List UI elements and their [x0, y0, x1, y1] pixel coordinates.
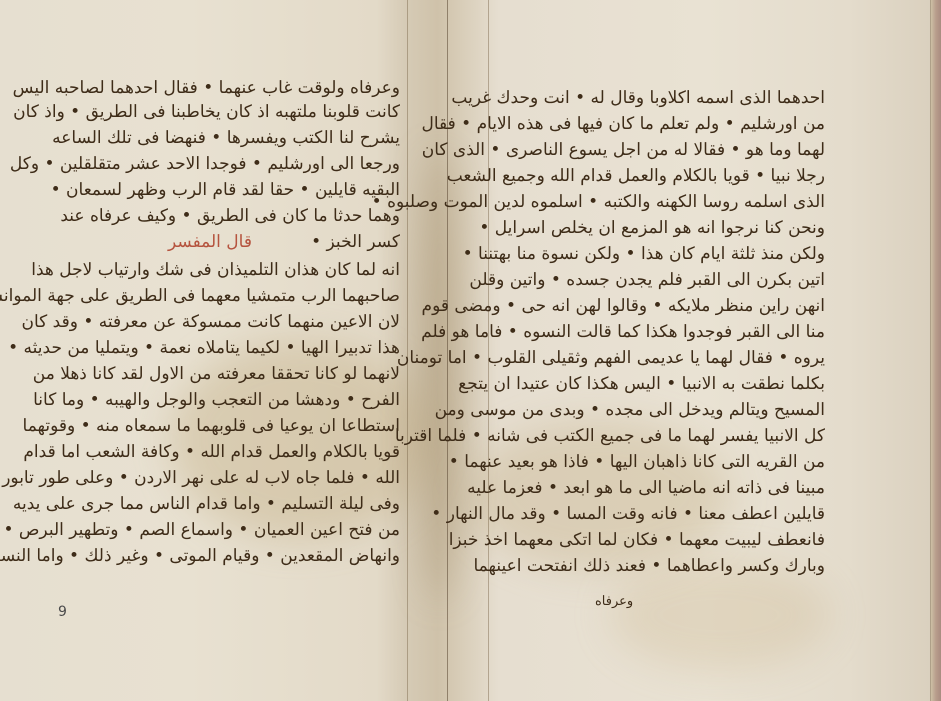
text-line: وانهاض المقعدين • وقيام الموتى • وغير ذل…: [100, 546, 400, 566]
text-line: رجلا نبيا • قويا بالكلام والعمل قدام الل…: [505, 166, 825, 186]
text-line: الذى اسلمه روسا الكهنه والكتبه • اسلموه …: [505, 192, 825, 212]
text-line: البقيه قايلين • حقا لقد قام الرب وظهر لس…: [100, 180, 400, 200]
text-line: هذا تدبيرا الهيا • لكيما يتاملاه نعمة • …: [100, 338, 400, 358]
text-line: كانت قلوبنا ملتهبه اذ كان يخاطبنا فى الط…: [100, 102, 400, 122]
text-line: ونحن كنا نرجوا انه هو المزمع ان يخلص اسر…: [505, 218, 825, 238]
text-line: قايلين اعطف معنا • فانه وقت المسا • وقد …: [505, 504, 825, 524]
text-line: ولكن منذ ثلثة ايام كان هذا • ولكن نسوة م…: [505, 244, 825, 264]
left-page: وعرفاه ولوقت غاب عنهما • فقال احدهما لصا…: [0, 0, 440, 701]
text-line: استطاعا ان يوعيا فى قلوبهما ما سمعاه منه…: [100, 416, 400, 436]
text-line: وفى ليلة التسليم • واما قدام الناس مما ج…: [100, 494, 400, 514]
text-line: صاحبهما الرب متمشيا معهما فى الطريق على …: [100, 286, 400, 306]
text-line: مبينا فى ذاته انه ماضيا الى ما هو ابعد •…: [505, 478, 825, 498]
text-line: فانعطف ليبيت معهما • فكان لما اتكى معهما…: [505, 530, 825, 550]
text-line: الله • فلما جاه لاب له على نهر الاردن • …: [100, 468, 400, 488]
text-line: ورجعا الى اورشليم • فوجدا الاحد عشر متقل…: [100, 154, 400, 174]
text-line: وبارك وكسر واعطاهما • فعند ذلك انفتحت اع…: [505, 556, 825, 576]
text-line: احدهما الذى اسمه اكلاوبا وقال له • انت و…: [505, 88, 825, 108]
text-line: من القريه التى كانا ذاهبان اليها • فاذا …: [505, 452, 825, 472]
text-line: كل الانبيا يفسر لهما ما فى جميع الكتب فى…: [505, 426, 825, 446]
text-line: لانهما لو كانا تحققا معرفته من الاول لقد…: [100, 364, 400, 384]
text-line: انهن راين منظر ملايكه • وقالوا لهن انه ح…: [505, 296, 825, 316]
text-line: لان الاعين منهما كانت ممسوكة عن معرفته •…: [100, 312, 400, 332]
catchword: وعرفاه: [595, 594, 633, 609]
right-page-text: احدهما الذى اسمه اكلاوبا وقال له • انت و…: [505, 88, 825, 588]
left-page-text: وعرفاه ولوقت غاب عنهما • فقال احدهما لصا…: [100, 78, 400, 578]
text-line: وهما حدثا ما كان فى الطريق • وكيف عرفاه …: [100, 206, 400, 226]
text-line: بكلما نطقت به الانبيا • اليس هكذا كان عت…: [505, 374, 825, 394]
text-line: الفرح • ودهشا من التعجب والوجل والهيبه •…: [100, 390, 400, 410]
text-line: وعرفاه ولوقت غاب عنهما • فقال احدهما لصا…: [100, 78, 400, 98]
text-line: لهما وما هو • فقالا له من اجل يسوع الناص…: [505, 140, 825, 160]
text-line: انه لما كان هذان التلميذان فى شك وارتياب…: [100, 260, 400, 280]
rubric-heading: قال المفسر: [150, 232, 270, 252]
text-line: منا الى القبر فوجدوا هكذا كما قالت النسو…: [505, 322, 825, 342]
text-line: من فتح اعين العميان • واسماع الصم • وتطه…: [100, 520, 400, 540]
text-line: قويا بالكلام والعمل قدام الله • وكافة ال…: [100, 442, 400, 462]
text-line: يروه • فقال لهما يا عديمى الفهم وثقيلى ا…: [505, 348, 825, 368]
manuscript-spread: وعرفاه ولوقت غاب عنهما • فقال احدهما لصا…: [0, 0, 941, 701]
text-line: يشرح لنا الكتب ويفسرها • فنهضا فى تلك ال…: [100, 128, 400, 148]
folio-number: 9: [58, 604, 67, 620]
text-line: المسيح ويتالم ويدخل الى مجده • وبدى من م…: [505, 400, 825, 420]
text-line: من اورشليم • ولم تعلم ما كان فيها فى هذه…: [505, 114, 825, 134]
text-line: كسر الخبز •: [310, 232, 400, 252]
right-page: احدهما الذى اسمه اكلاوبا وقال له • انت و…: [455, 0, 935, 701]
text-line: اتين بكرن الى القبر فلم يجدن جسده • واتي…: [505, 270, 825, 290]
